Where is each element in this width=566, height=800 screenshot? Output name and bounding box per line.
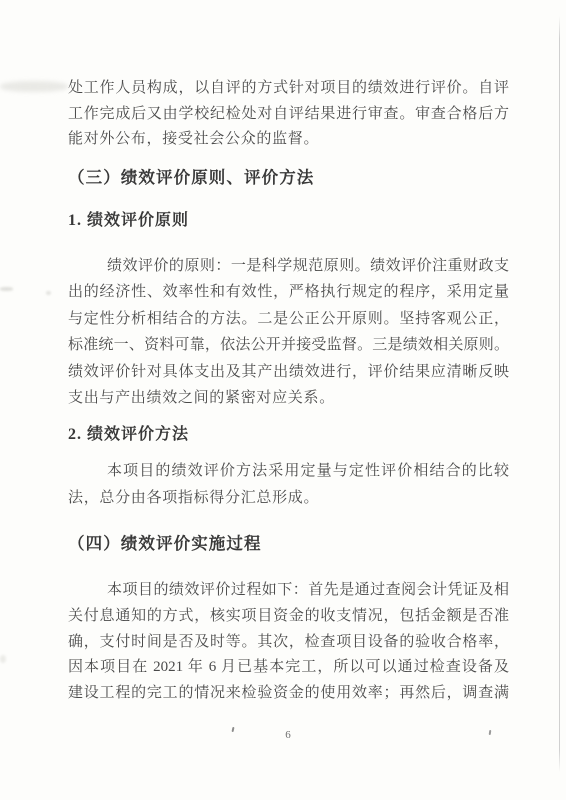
text-line: 能对外公布，接受社会公众的监督。 <box>68 127 509 153</box>
scan-fleck <box>0 287 13 291</box>
text-line: 确，支付时间是否及时等。其次，检查项目设备的验收合格率， <box>68 630 509 656</box>
scan-edge-line <box>559 16 560 772</box>
text-line: 法，总分由各项指标得分汇总形成。 <box>68 485 509 512</box>
scan-fleck <box>46 291 51 295</box>
text-line: 支出与产出绩效之间的紧密对应关系。 <box>68 385 509 411</box>
scan-speck <box>232 727 235 732</box>
paragraph-continuation: 处工作人员构成，以自评的方式针对项目的绩效进行评价。自评 工作完成后又由学校纪检… <box>68 76 509 153</box>
text-line: 因本项目在 2021 年 6 月已基本完工，所以可以通过检查设备及 <box>68 655 509 681</box>
scan-fleck <box>0 655 6 663</box>
section-heading-3: （三）绩效评价原则、评价方法 <box>68 167 314 189</box>
paragraph-method: 本项目的绩效评价方法采用定量与定性评价相结合的比较 法，总分由各项指标得分汇总形… <box>68 458 509 512</box>
text-line: 关付息通知的方式，核实项目资金的收支情况，包括金额是否准 <box>68 604 509 630</box>
text-line: 工作完成后又由学校纪检处对自评结果进行审查。审查合格后方 <box>68 102 509 128</box>
document-page: 处工作人员构成，以自评的方式针对项目的绩效进行评价。自评 工作完成后又由学校纪检… <box>0 0 566 800</box>
text-line: 建设工程的完工的情况来检验资金的使用效率；再然后，调查满 <box>68 681 509 707</box>
text-line: 出的经济性、效率性和有效性，严格执行规定的程序，采用定量 <box>68 279 509 305</box>
text-line: 本项目的绩效评价过程如下：首先是通过查阅会计凭证及相 <box>68 578 509 604</box>
text-line: 标准统一、资料可靠，依法公开并接受监督。三是绩效相关原则。 <box>68 332 509 358</box>
paragraph-principles: 绩效评价的原则：一是科学规范原则。绩效评价注重财政支 出的经济性、效率性和有效性… <box>68 253 509 411</box>
subheading-2: 2. 绩效评价方法 <box>68 424 189 446</box>
text-line: 处工作人员构成，以自评的方式针对项目的绩效进行评价。自评 <box>68 76 509 102</box>
text-line: 本项目的绩效评价方法采用定量与定性评价相结合的比较 <box>68 458 509 485</box>
subheading-1: 1. 绩效评价原则 <box>68 210 189 232</box>
paragraph-implementation: 本项目的绩效评价过程如下：首先是通过查阅会计凭证及相 关付息通知的方式，核实项目… <box>68 578 509 707</box>
scan-smudge <box>0 81 68 92</box>
page-number: 6 <box>278 729 298 741</box>
section-heading-4: （四）绩效评价实施过程 <box>68 533 262 555</box>
text-line: 与定性分析相结合的方法。二是公正公开原则。坚持客观公正， <box>68 306 509 332</box>
scan-speck <box>489 730 492 735</box>
text-line: 绩效评价针对具体支出及其产出绩效进行，评价结果应清晰反映 <box>68 359 509 385</box>
text-line: 绩效评价的原则：一是科学规范原则。绩效评价注重财政支 <box>68 253 509 279</box>
